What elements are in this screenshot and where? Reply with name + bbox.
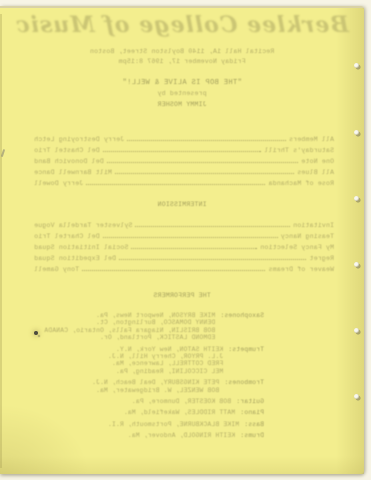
performer-line: EDMOND LASTICK, Portland, Or. xyxy=(44,334,215,341)
performer-line: MEL CICCOLINI, Reading, Pa. xyxy=(108,368,223,375)
dot-leader xyxy=(107,157,298,163)
performer-name: Tony Gamell xyxy=(34,266,79,273)
performer-name: Social Initiation Squad xyxy=(34,244,128,251)
dot-leader xyxy=(103,232,278,238)
group-label: Guitar: xyxy=(236,398,264,405)
program-row: Regret Del Expedition Squad xyxy=(34,251,334,262)
date-line: Friday November 17, 1967 8:15pm xyxy=(0,58,364,65)
performer-name: Sylvester Tardella Vogue xyxy=(34,222,132,229)
dot-leader xyxy=(127,135,286,141)
mirrored-showthrough-content: Berklee College of Music Recital Hall 1A… xyxy=(0,8,364,474)
scanned-program-page: Berklee College of Music Recital Hall 1A… xyxy=(0,0,371,480)
song-title: All Blues xyxy=(297,169,334,176)
performer-group-trombones: Trombones: PETE KINGSBURY, Deal Beach, N… xyxy=(44,379,264,394)
song-title: One Note xyxy=(301,158,334,165)
program-row: Weaver of Dreams Tony Gamell xyxy=(34,262,334,273)
performer-line: KEITH SATON, New York, N.Y. xyxy=(108,346,223,353)
song-title: Weaver of Dreams xyxy=(268,266,334,273)
group-label: Drums: xyxy=(240,432,264,439)
performer-line: MATT RIDDLES, Wakefield, Ma. xyxy=(124,409,235,416)
performer-name: Del Donovich Band xyxy=(34,158,104,165)
performer-line: BOB KOESTER, Dunmore, Pa. xyxy=(132,398,231,405)
program-title: "THE BOP IS ALIVE & WELL!" xyxy=(0,79,364,87)
performer-group-drums: Drums: KEITH RINGOLD, Andover, Ma. xyxy=(44,432,264,439)
performer-name: Jerry Destroying Letch xyxy=(34,136,124,143)
performer-line: KEITH RINGOLD, Andover, Ma. xyxy=(128,432,235,439)
punch-hole xyxy=(354,130,359,135)
group-label: Saxophones: xyxy=(220,312,264,342)
group-label: Piano: xyxy=(240,409,264,416)
program-row: My Fancy Selection Social Initiation Squ… xyxy=(34,240,334,251)
punch-hole xyxy=(354,196,359,201)
program-list-2: Invitation Sylvester Tardella Vogue Teas… xyxy=(34,218,334,273)
yellow-paper-sheet: Berklee College of Music Recital Hall 1A… xyxy=(0,6,364,474)
program-row: All Members Jerry Destroying Letch xyxy=(34,132,334,143)
song-title: Invitation xyxy=(293,222,334,229)
left-paper-edge xyxy=(0,14,2,468)
program-row: All Blues Milt Barnwell Dance xyxy=(34,165,334,176)
presented-by-label: presented by xyxy=(0,90,364,97)
group-label: Bass: xyxy=(244,421,264,428)
song-title: My Fancy Selection xyxy=(260,244,334,251)
program-row: Invitation Sylvester Tardella Vogue xyxy=(34,218,334,229)
song-title: Rose of Machanda xyxy=(268,180,334,187)
song-title: All Members xyxy=(289,136,334,143)
dot-leader xyxy=(103,146,262,152)
program-row: Teasing Nancy Del Chartel Trio xyxy=(34,229,334,240)
performer-line: BOB WENZEL, W. Bridgewater, Ma. xyxy=(92,387,219,394)
performer-group-trumpets: Trumpets: KEITH SATON, New York, N.Y. J.… xyxy=(44,346,264,376)
program-list-1: All Members Jerry Destroying Letch Satur… xyxy=(34,132,334,187)
performer-group-guitar: Guitar: BOB KOESTER, Dunmore, Pa. xyxy=(44,398,264,405)
dot-leader xyxy=(115,168,294,174)
group-label: Trumpets: xyxy=(228,346,264,376)
group-label: Trombones: xyxy=(224,379,264,394)
dot-leader xyxy=(135,221,290,227)
punch-hole xyxy=(354,63,359,68)
performer-name: Del Chastel Trio xyxy=(34,147,100,154)
performer-name: Milt Barnwell Dance xyxy=(34,169,112,176)
program-row: Saturday's Thrill Del Chastel Trio xyxy=(34,143,334,154)
punch-hole xyxy=(354,328,359,333)
performer-group-saxophones: Saxophones: MIKE BRYSON, Newport News, P… xyxy=(44,312,264,342)
song-title: Regret xyxy=(309,255,334,262)
performer-line: BOB BRISLIN, Niagara Falls, Ontario, CAN… xyxy=(44,327,215,334)
performer-line: MIKE BLACKBURNE, Portsmouth, R.I. xyxy=(108,421,239,428)
song-title: Teasing Nancy xyxy=(281,233,334,240)
ink-speck xyxy=(34,331,38,335)
program-row: Rose of Machanda Jerry Dowell xyxy=(34,176,334,187)
song-title: Saturday's Thrill xyxy=(264,147,334,154)
performers-block: Saxophones: MIKE BRYSON, Newport News, P… xyxy=(44,312,264,444)
performer-line: MIKE BRYSON, Newport News, Pa. xyxy=(44,312,215,319)
dot-leader xyxy=(131,243,257,249)
presenter-name: JIMMY MOSHER xyxy=(0,101,364,108)
intermission-heading: INTERMISSION xyxy=(0,201,364,208)
performer-line: FRED COTTRELL, Lawrence, Ma. xyxy=(108,360,223,367)
berklee-logo-text: Berklee College of Music xyxy=(0,12,364,38)
performer-group-bass: Bass: MIKE BLACKBURNE, Portsmouth, R.I. xyxy=(44,421,264,428)
address-line: Recital Hall 1A, 1140 Boylston Street, B… xyxy=(0,48,364,55)
performer-line: PETE KINGSBURY, Deal Beach, N.J. xyxy=(92,379,219,386)
program-row: One Note Del Donovich Band xyxy=(34,154,334,165)
punch-hole xyxy=(354,262,359,267)
performer-name: Del Expedition Squad xyxy=(34,255,116,262)
performer-line: J.L. PRYOR, Cherry Hill, N.J. xyxy=(108,353,223,360)
dot-leader xyxy=(119,254,306,260)
dot-leader xyxy=(86,179,265,185)
performer-name: Del Chartel Trio xyxy=(34,233,100,240)
performers-heading: THE PERFORMERS xyxy=(0,292,364,299)
performer-group-piano: Piano: MATT RIDDLES, Wakefield, Ma. xyxy=(44,409,264,416)
punch-hole xyxy=(354,394,359,399)
performer-line: DENNY DOMASCO, Burlington, Ct. xyxy=(44,319,215,326)
dot-leader xyxy=(82,265,265,271)
performer-name: Jerry Dowell xyxy=(34,180,83,187)
